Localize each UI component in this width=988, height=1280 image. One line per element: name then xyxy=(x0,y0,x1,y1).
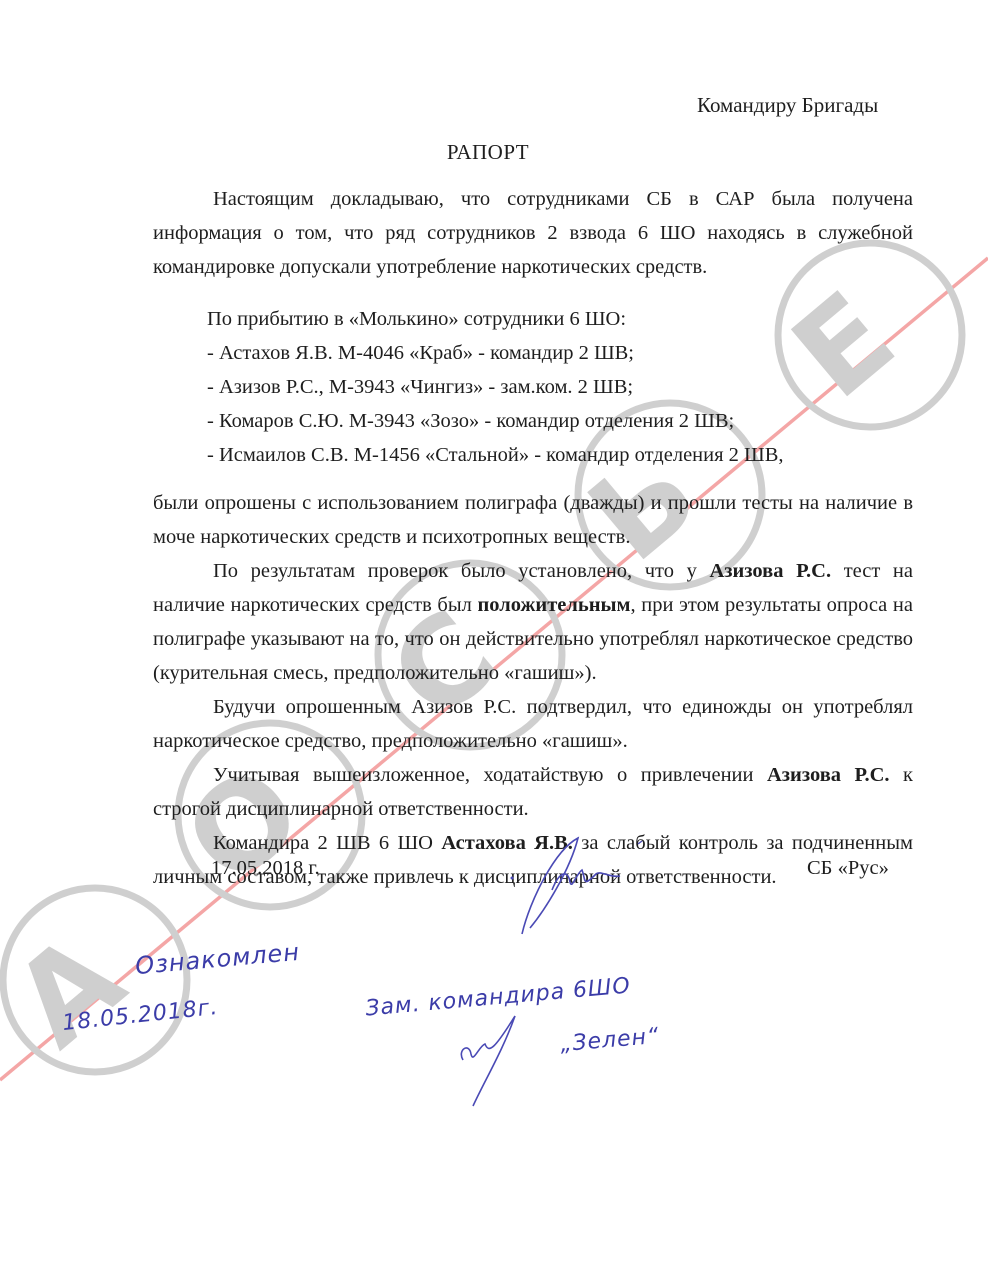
list-item: - Исмаилов С.В. М-1456 «Стальной» - кома… xyxy=(207,438,913,472)
handwritten-ack-date: 18.05.2018г. xyxy=(61,995,219,1036)
personnel-list: По прибытию в «Молькино» сотрудники 6 ШО… xyxy=(207,302,913,472)
bold-name: Азизова Р.С. xyxy=(767,764,890,786)
handwritten-acknowledged: Ознакомлен xyxy=(134,938,301,980)
signature-icon xyxy=(500,830,650,940)
list-item: - Азизов Р.С., М-3943 «Чингиз» - зам.ком… xyxy=(207,370,913,404)
confession-paragraph: Будучи опрошенным Азизов Р.С. подтвердил… xyxy=(153,690,913,758)
document-title: РАПОРТ xyxy=(0,140,988,165)
results-paragraph: По результатам проверок было установлено… xyxy=(153,554,913,690)
after-list-paragraph: были опрошены с использованием полиграфа… xyxy=(153,486,913,554)
document-page: А О С Ь Е Командиру Бригады РАПОРТ Насто… xyxy=(0,0,988,1280)
text-run: По результатам проверок было установлено… xyxy=(213,560,709,582)
title-text: РАПОРТ xyxy=(447,140,529,164)
signer-name: СБ «Рус» xyxy=(807,857,889,880)
list-item: - Комаров С.Ю. М-3943 «Зозо» - командир … xyxy=(207,404,913,438)
addressee: Командиру Бригады xyxy=(697,93,878,118)
list-item: - Астахов Я.В. М-4046 «Краб» - командир … xyxy=(207,336,913,370)
text-run: Учитывая вышеизложенное, ходатайствую о … xyxy=(213,764,767,786)
watermark-circle-1 xyxy=(3,888,187,1072)
watermark-letter-a: А xyxy=(0,908,149,1074)
bold-name: Азизова Р.С. xyxy=(709,560,831,582)
handwritten-deputy-callsign: „Зелен“ xyxy=(559,1024,660,1058)
deputy-signature-icon xyxy=(455,1010,535,1110)
document-body: Настоящим докладываю, что сотрудниками С… xyxy=(153,182,913,894)
report-date: 17.05.2018 г. xyxy=(211,857,320,880)
text-run: Командира 2 ШВ 6 ШО xyxy=(213,832,441,854)
bold-result: положительным xyxy=(478,594,631,616)
petition-paragraph: Учитывая вышеизложенное, ходатайствую о … xyxy=(153,758,913,826)
intro-paragraph: Настоящим докладываю, что сотрудниками С… xyxy=(153,182,913,284)
list-heading: По прибытию в «Молькино» сотрудники 6 ШО… xyxy=(207,302,913,336)
